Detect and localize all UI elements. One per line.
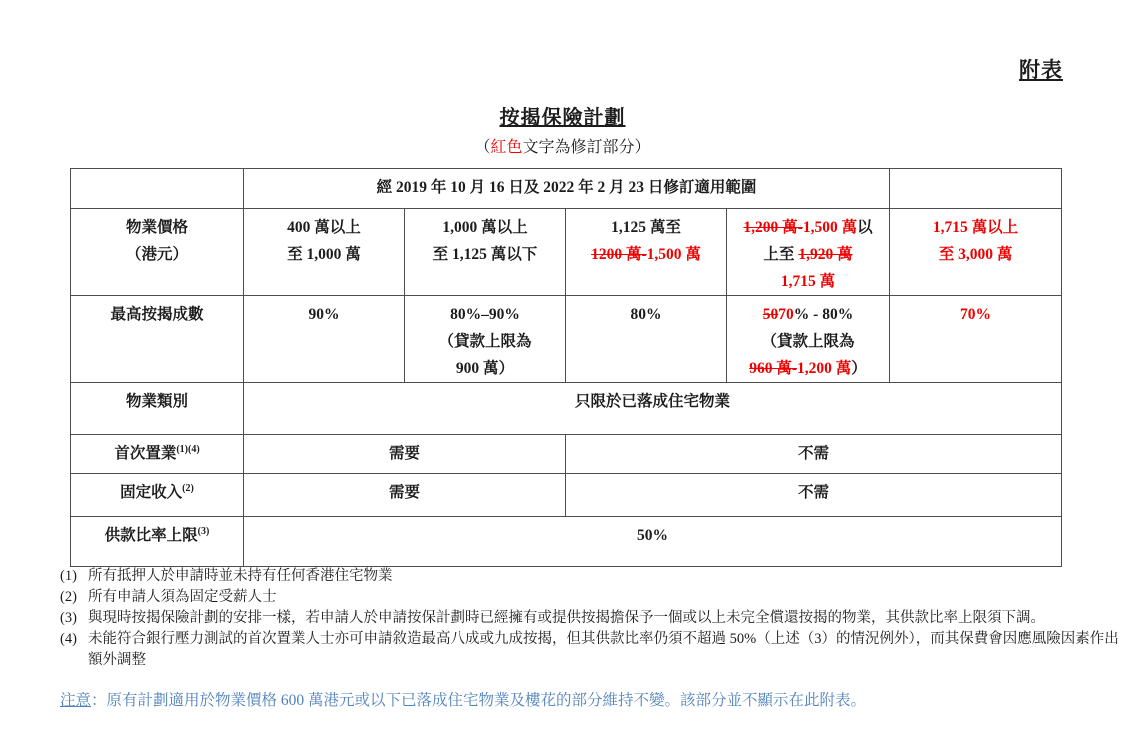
subtitle-prefix: （ [474,139,490,156]
price-band-5: 1,715 萬以上 至 3,000 萬 [890,209,1062,296]
ltv-band-4-close-paren: ） [851,360,867,377]
price-band-4-new-value-2: 1,715 萬 [730,268,886,295]
ltv-band-4-new-cap: 1,200 萬 [797,360,851,377]
price-band-3-line2: 1200 萬-1,500 萬 [569,241,723,268]
ltv-band-4: 5070% - 80% （貸款上限為 960 萬-1,200 萬） [727,296,890,383]
ltv-band-2-line1: 80%–90% [408,301,562,328]
subtitle-red-word: 紅色 [490,139,522,156]
footnote-2-number: (2) [60,587,88,608]
footnote-3: (3) 與現時按揭保險計劃的安排一樣，若申請人於申請按保計劃時已經擁有或提供按揭… [60,608,1122,629]
fixed-income-superscript: (2) [182,483,194,494]
footnote-1-number: (1) [60,566,88,587]
fixed-income-label: 固定收入 [120,484,182,501]
footnote-3-number: (3) [60,608,88,629]
ltv-band-4-rest: % - 80% [794,306,853,323]
ltv-band-4-line1: 5070% - 80% [730,301,886,328]
row-label-fixed-income: 固定收入(2) [71,474,244,517]
row-label-max-ltv: 最高按揭成數 [71,296,244,383]
ltv-band-2: 80%–90% （貸款上限為 900 萬） [405,296,566,383]
property-type-value: 只限於已落成住宅物業 [244,383,1062,435]
price-band-4-line1: 1,200 萬-1,500 萬以 [730,214,886,241]
row-fixed-income: 固定收入(2) 需要 不需 [71,474,1062,517]
dti-cap-superscript: (3) [198,526,210,537]
fixed-income-not-required: 不需 [566,474,1062,517]
ltv-band-4-new-pct: 70 [778,306,794,323]
first-home-not-required: 不需 [566,435,1062,474]
footnote-4: (4) 未能符合銀行壓力測試的首次置業人士亦可申請敘造最高八成或九成按揭，但其供… [60,629,1122,671]
price-band-2: 1,000 萬以上 至 1,125 萬以下 [405,209,566,296]
footnote-1: (1) 所有抵押人於申請時並未持有任何香港住宅物業 [60,566,1122,587]
ltv-band-4-line2: （貸款上限為 [730,328,886,355]
footnote-2-text: 所有申請人須為固定受薪人士 [88,587,1122,608]
row-label-property-price: 物業價格 （港元） [71,209,244,296]
price-band-5-line2: 至 3,000 萬 [893,241,1058,268]
footnote-2: (2) 所有申請人須為固定受薪人士 [60,587,1122,608]
table-header-row: 經 2019 年 10 月 16 日及 2022 年 2 月 23 日修訂適用範… [71,169,1062,209]
footnote-1-text: 所有抵押人於申請時並未持有任何香港住宅物業 [88,566,1122,587]
price-band-1-line2: 至 1,000 萬 [247,241,401,268]
row-max-ltv: 最高按揭成數 90% 80%–90% （貸款上限為 900 萬） 80% 507… [71,296,1062,383]
ltv-band-2-line2: （貸款上限為 [408,328,562,355]
price-band-3-new-value: 1,500 萬 [647,246,701,263]
ltv-band-2-line3: 900 萬） [408,355,562,382]
footnote-3-text: 與現時按揭保險計劃的安排一樣，若申請人於申請按保計劃時已經擁有或提供按揭擔保予一… [88,608,1122,629]
header-empty-right [890,169,1062,209]
header-empty-left [71,169,244,209]
row-dti-cap: 供款比率上限(3) 50% [71,517,1062,567]
ltv-band-4-old-pct: 50 [763,306,779,323]
bottom-note: 注意：原有計劃適用於物業價格 600 萬港元或以下已落成住宅物業及樓花的部分維持… [60,690,1100,712]
row-label-property-type: 物業類別 [71,383,244,435]
mortgage-insurance-table: 經 2019 年 10 月 16 日及 2022 年 2 月 23 日修訂適用範… [70,168,1062,567]
price-band-1-line1: 400 萬以上 [247,214,401,241]
price-band-4-new-value-1: 1,500 萬 [803,219,857,236]
price-band-4-old-value-2: 1,920 萬 [798,246,852,263]
price-band-2-line1: 1,000 萬以上 [408,214,562,241]
price-band-4: 1,200 萬-1,500 萬以 上至 1,920 萬 1,715 萬 [727,209,890,296]
first-home-label: 首次置業 [114,445,176,462]
revision-scope-header: 經 2019 年 10 月 16 日及 2022 年 2 月 23 日修訂適用範… [244,169,890,209]
price-band-4-line2: 上至 1,920 萬 [730,241,886,268]
ltv-band-3: 80% [566,296,727,383]
ltv-band-4-line3: 960 萬-1,200 萬） [730,355,886,382]
page-title: 按揭保險計劃 [0,101,1125,130]
first-home-superscript: (1)(4) [176,444,199,455]
price-band-4-old-value-1: 1,200 萬- [743,219,802,236]
price-band-5-line1: 1,715 萬以上 [893,214,1058,241]
appendix-label: 附表 [1019,54,1063,84]
dti-cap-label: 供款比率上限 [105,527,198,544]
property-price-label-line1: 物業價格 [74,214,240,241]
footnote-4-text: 未能符合銀行壓力測試的首次置業人士亦可申請敘造最高八成或九成按揭，但其供款比率仍… [88,629,1122,671]
row-property-type: 物業類別 只限於已落成住宅物業 [71,383,1062,435]
bottom-note-colon: ： [91,692,107,709]
row-label-dti-cap: 供款比率上限(3) [71,517,244,567]
price-band-3-line1: 1,125 萬至 [569,214,723,241]
ltv-band-5: 70% [890,296,1062,383]
ltv-band-1: 90% [244,296,405,383]
row-property-price: 物業價格 （港元） 400 萬以上 至 1,000 萬 1,000 萬以上 至 … [71,209,1062,296]
subtitle-rest: 文字為修訂部分） [523,139,651,156]
price-band-4-text-1: 以 [857,219,873,236]
price-band-4-text-2: 上至 [763,246,798,263]
bottom-note-label: 注意 [60,692,91,709]
property-price-label-line2: （港元） [74,241,240,268]
page-subtitle: （紅色文字為修訂部分） [0,134,1125,157]
row-first-home: 首次置業(1)(4) 需要 不需 [71,435,1062,474]
footnotes: (1) 所有抵押人於申請時並未持有任何香港住宅物業 (2) 所有申請人須為固定受… [60,566,1122,671]
fixed-income-required: 需要 [244,474,566,517]
document-page: 附表 按揭保險計劃 （紅色文字為修訂部分） 經 2019 年 10 月 16 日… [0,0,1125,736]
row-label-first-home: 首次置業(1)(4) [71,435,244,474]
bottom-note-text: 原有計劃適用於物業價格 600 萬港元或以下已落成住宅物業及樓花的部分維持不變。… [107,692,867,709]
footnote-4-number: (4) [60,629,88,671]
ltv-band-4-old-cap: 960 萬- [749,360,797,377]
price-band-3: 1,125 萬至 1200 萬-1,500 萬 [566,209,727,296]
price-band-2-line2: 至 1,125 萬以下 [408,241,562,268]
price-band-1: 400 萬以上 至 1,000 萬 [244,209,405,296]
title-block: 按揭保險計劃 （紅色文字為修訂部分） [0,101,1125,157]
price-band-3-old-value: 1200 萬- [591,246,647,263]
first-home-required: 需要 [244,435,566,474]
dti-cap-value: 50% [244,517,1062,567]
